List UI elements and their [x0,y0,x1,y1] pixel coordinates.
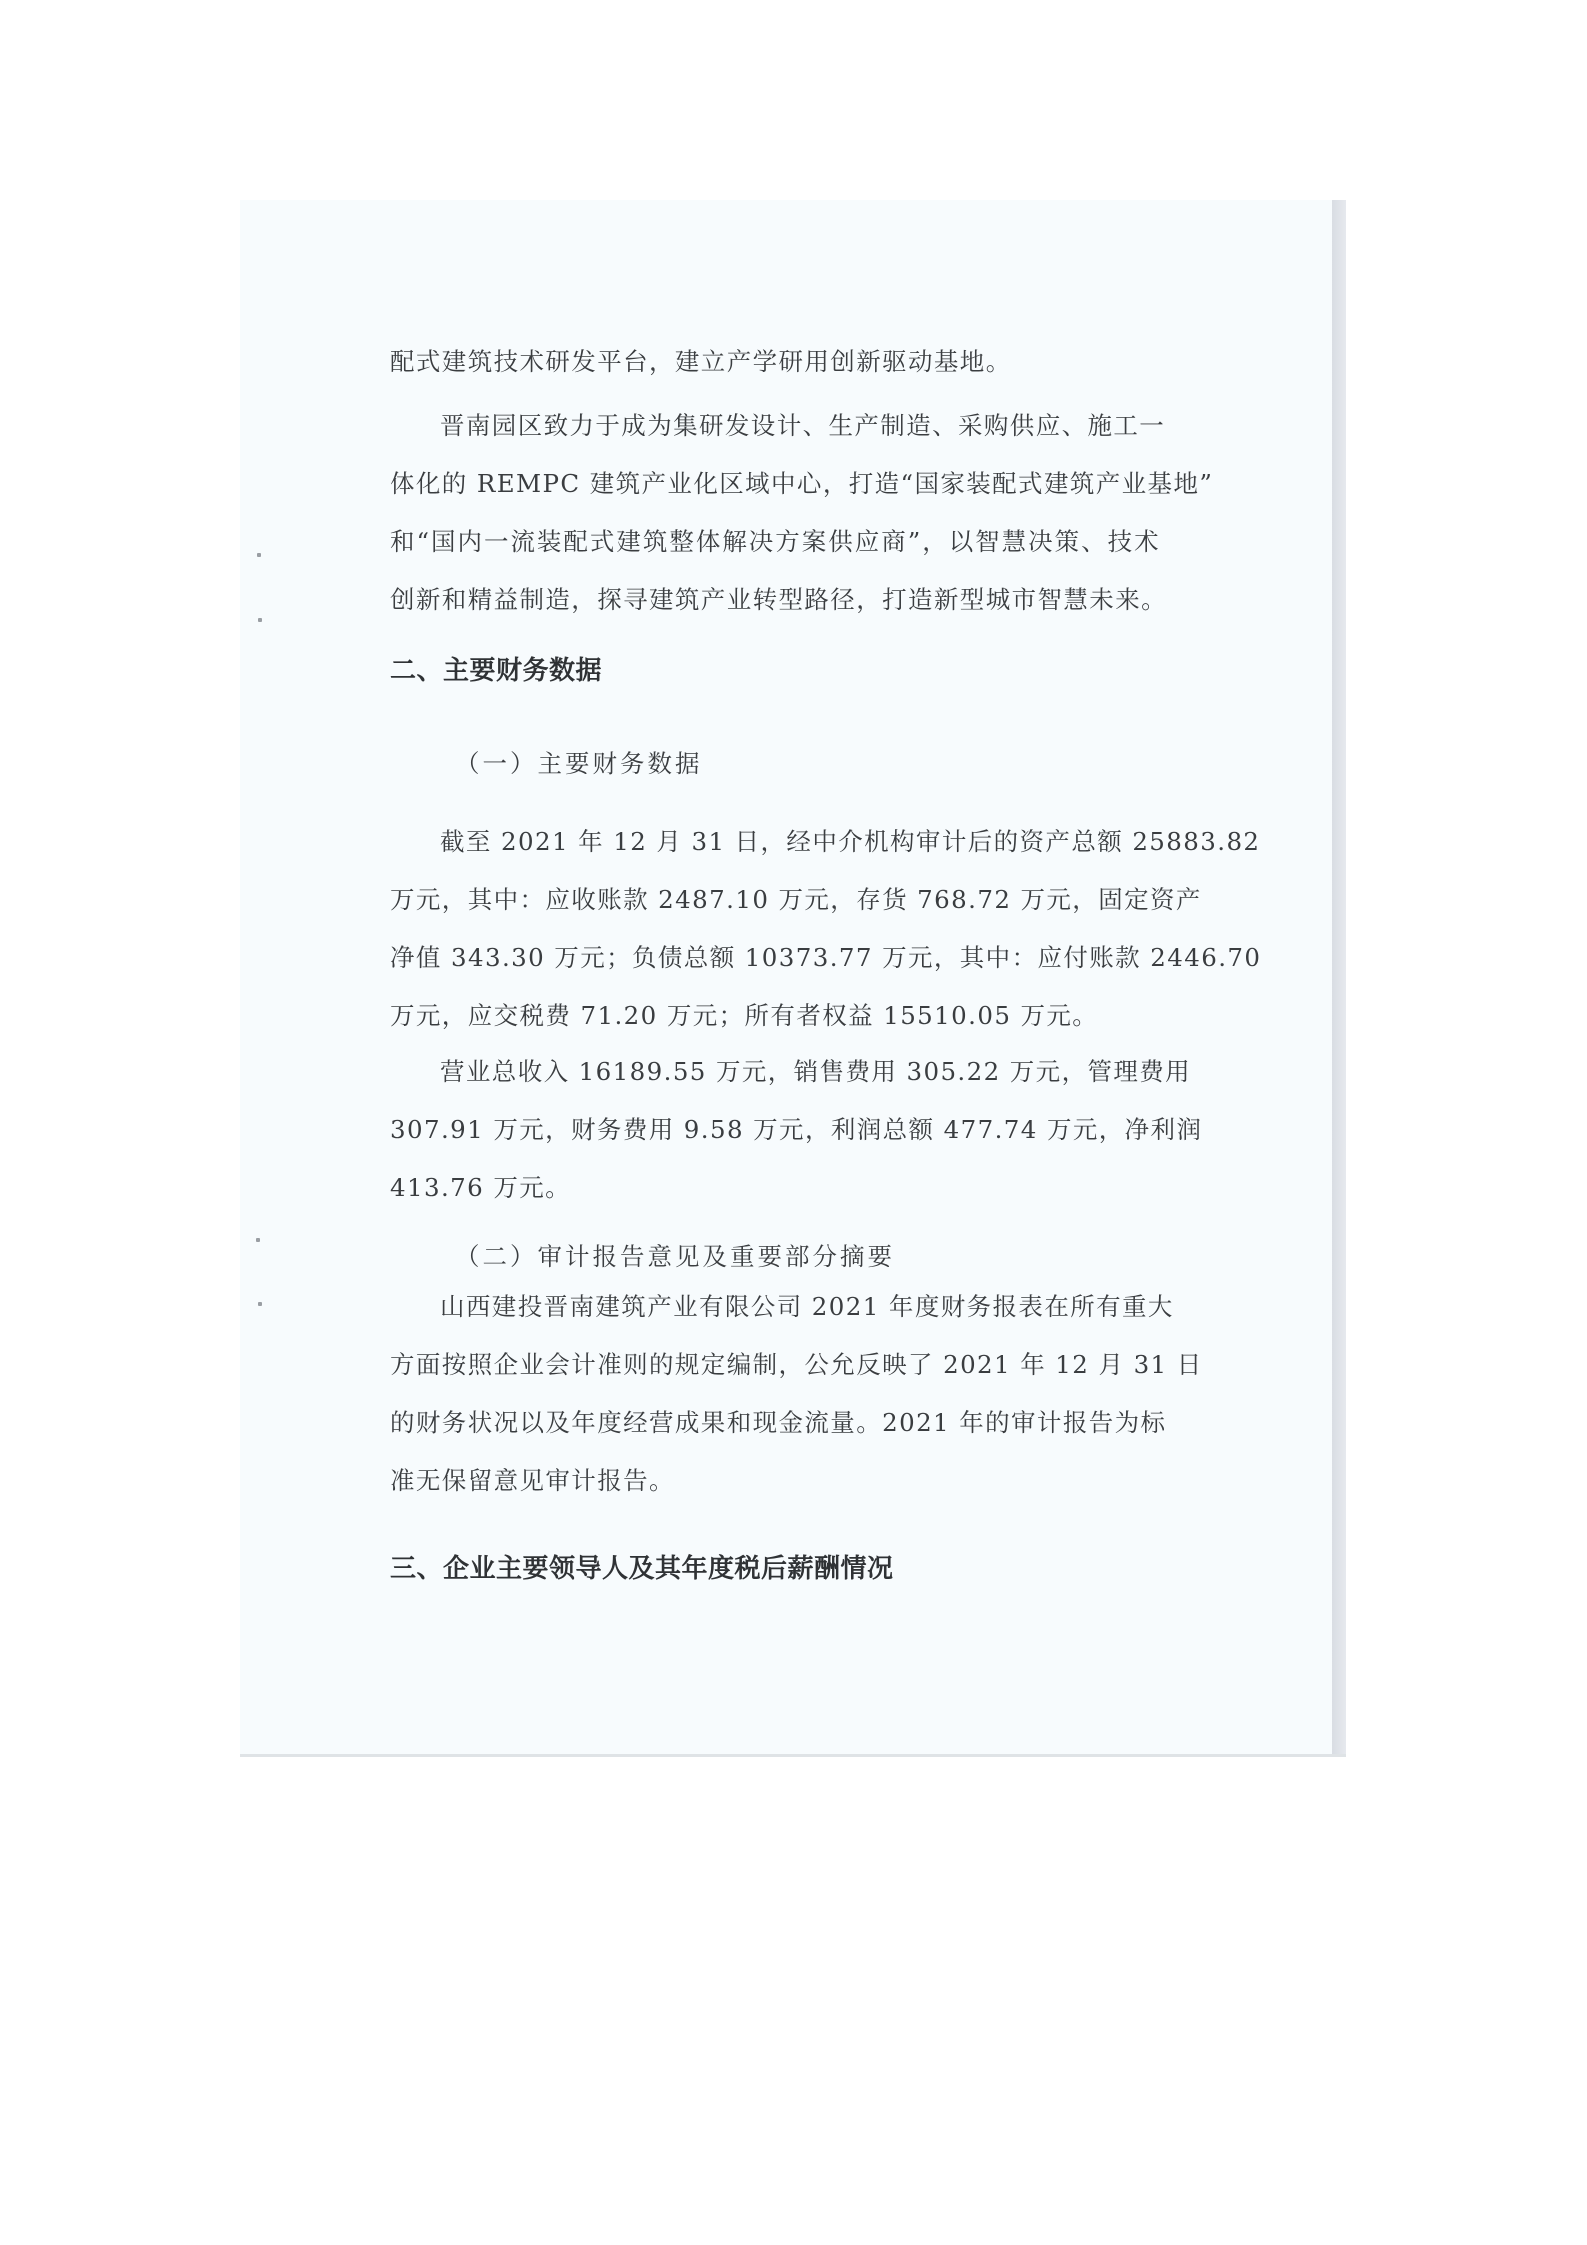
paragraph-line: 和“国内一流装配式建筑整体解决方案供应商”，以智慧决策、技术 [390,527,1160,557]
subsection-heading: （二）审计报告意见及重要部分摘要 [455,1238,895,1273]
paragraph-line: 配式建筑技术研发平台，建立产学研用创新驱动基地。 [390,347,1160,377]
paragraph-line: 创新和精益制造，探寻建筑产业转型路径，打造新型城市智慧未来。 [390,585,1160,615]
scan-artifact-mark [257,553,261,557]
paragraph-line: 万元，应交税费 71.20 万元；所有者权益 15510.05 万元。 [390,1001,1160,1031]
scan-artifact-mark [258,1302,262,1306]
scan-artifact-mark [256,1238,260,1242]
paragraph-line: 的财务状况以及年度经营成果和现金流量。2021 年的审计报告为标 [390,1408,1160,1438]
paragraph-line: 万元，其中：应收账款 2487.10 万元，存货 768.72 万元，固定资产 [390,885,1160,915]
paragraph-line: 净值 343.30 万元；负债总额 10373.77 万元，其中：应付账款 24… [390,943,1160,973]
section-heading: 三、企业主要领导人及其年度税后薪酬情况 [390,1548,894,1585]
paragraph-line: 营业总收入 16189.55 万元，销售费用 305.22 万元，管理费用 [440,1057,1160,1087]
paragraph-line: 307.91 万元，财务费用 9.58 万元，利润总额 477.74 万元，净利… [390,1115,1160,1145]
paragraph-line: 山西建投晋南建筑产业有限公司 2021 年度财务报表在所有重大 [440,1292,1160,1322]
page-edge-shadow [1332,200,1346,1757]
subsection-heading: （一）主要财务数据 [455,745,703,780]
paragraph-line: 方面按照企业会计准则的规定编制，公允反映了 2021 年 12 月 31 日 [390,1350,1160,1380]
section-heading: 二、主要财务数据 [390,650,602,687]
page-bottom-edge [240,1754,1346,1757]
paragraph-line: 晋南园区致力于成为集研发设计、生产制造、采购供应、施工一 [440,411,1160,441]
scan-artifact-mark [258,618,262,622]
paragraph-line: 413.76 万元。 [390,1173,1160,1203]
paragraph-line: 体化的 REMPC 建筑产业化区域中心，打造“国家装配式建筑产业基地” [390,469,1160,499]
paragraph-line: 准无保留意见审计报告。 [390,1466,1160,1496]
paragraph-line: 截至 2021 年 12 月 31 日，经中介机构审计后的资产总额 25883.… [440,827,1160,857]
